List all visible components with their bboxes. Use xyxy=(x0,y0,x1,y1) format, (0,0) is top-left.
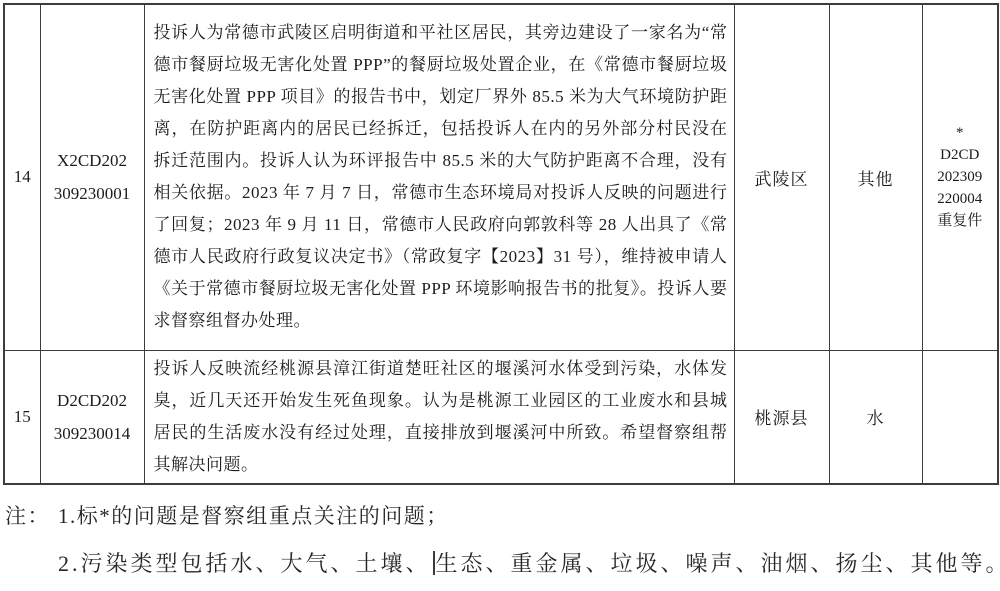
remark: * D2CD 202309 220004 重复件 xyxy=(922,4,998,350)
footnote-line-2: 2.污染类型包括水、大气、土壤、生态、重金属、垃圾、噪声、油烟、扬尘、其他等。 xyxy=(5,548,997,580)
footnote-item-2-before-cursor: 2.污染类型包括水、大气、土壤、 xyxy=(58,551,431,576)
footnote-item-2-after-cursor: 生态、重金属、垃圾、噪声、油烟、扬尘、其他等。 xyxy=(436,551,1000,576)
complaint-description: 投诉人反映流经桃源县漳江街道楚旺社区的堰溪河水体受到污染，水体发臭，近几天还开始… xyxy=(144,350,734,484)
district: 桃源县 xyxy=(734,350,829,484)
footnote-line-1: 注：1.标*的问题是督察组重点关注的问题； xyxy=(5,501,997,531)
remark xyxy=(922,350,998,484)
pollution-type: 其他 xyxy=(829,4,922,350)
complaint-description: 投诉人为常德市武陵区启明街道和平社区居民，其旁边建设了一家名为“常德市餐厨垃圾无… xyxy=(144,4,734,350)
row-number: 14 xyxy=(4,4,40,350)
footnote-label: 注： xyxy=(5,501,58,531)
district: 武陵区 xyxy=(734,4,829,350)
case-id: X2CD202 309230001 xyxy=(40,4,144,350)
text-cursor xyxy=(433,551,435,575)
pollution-type: 水 xyxy=(829,350,922,484)
case-id: D2CD202 309230014 xyxy=(40,350,144,484)
table-row: 15 D2CD202 309230014 投诉人反映流经桃源县漳江街道楚旺社区的… xyxy=(4,350,998,484)
complaints-table: 14 X2CD202 309230001 投诉人为常德市武陵区启明街道和平社区居… xyxy=(3,3,999,485)
table-row: 14 X2CD202 309230001 投诉人为常德市武陵区启明街道和平社区居… xyxy=(4,4,998,350)
footnote-item-1: 1.标*的问题是督察组重点关注的问题； xyxy=(58,504,449,528)
document-page: 14 X2CD202 309230001 投诉人为常德市武陵区启明街道和平社区居… xyxy=(0,0,1000,591)
footnotes-section: 注：1.标*的问题是督察组重点关注的问题； 2.污染类型包括水、大气、土壤、生态… xyxy=(5,501,997,580)
row-number: 15 xyxy=(4,350,40,484)
